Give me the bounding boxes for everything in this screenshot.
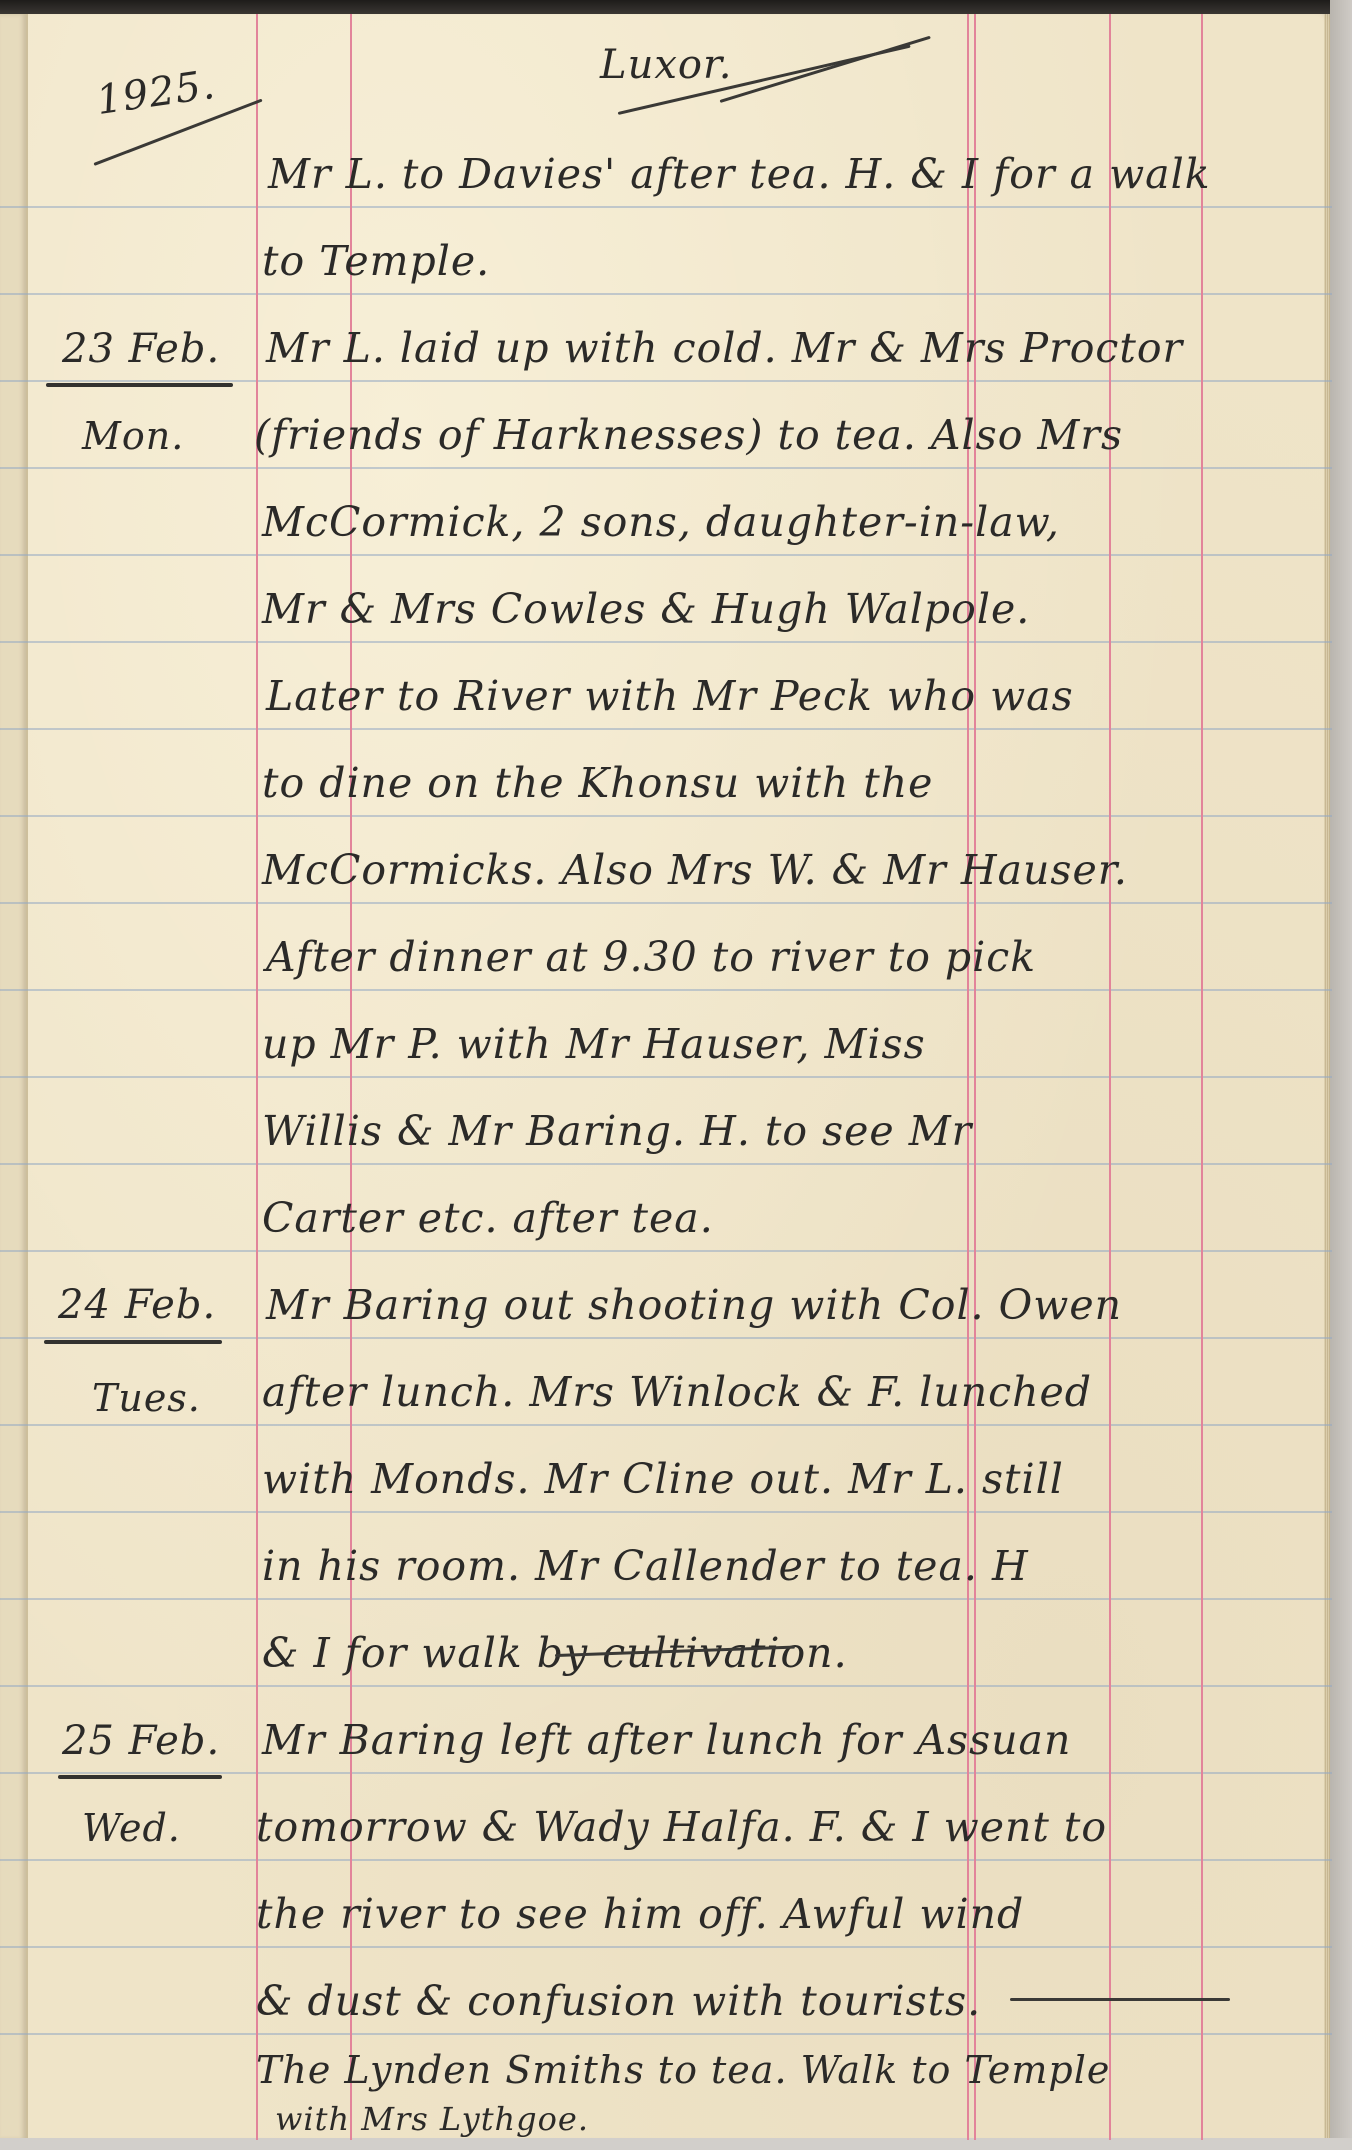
ruled-line (0, 1685, 1332, 1687)
diary-line: to Temple. (262, 237, 490, 285)
diary-line: Mr L. to Davies' after tea. H. & I for a… (268, 150, 1211, 198)
diary-line: & I for walk by cultivation. (262, 1629, 848, 1677)
diary-line: After dinner at 9.30 to river to pick (266, 933, 1036, 981)
ruled-line (0, 1250, 1332, 1252)
diary-line: the river to see him off. Awful wind (256, 1890, 1024, 1938)
entry-weekday: Wed. (82, 1806, 181, 1850)
diary-line: tomorrow & Wady Halfa. F. & I went to (256, 1803, 1107, 1851)
diary-line: after lunch. Mrs Winlock & F. lunched (262, 1368, 1092, 1416)
diary-line: Mr Baring left after lunch for Assuan (262, 1716, 1071, 1764)
date-underline (44, 1340, 222, 1344)
diary-line: (friends of Harknesses) to tea. Also Mrs (254, 411, 1123, 459)
entry-date: 24 Feb. (58, 1282, 216, 1328)
scanner-background-right (1330, 0, 1352, 2150)
diary-line: Mr Baring out shooting with Col. Owen (266, 1281, 1122, 1329)
ruled-line (0, 1337, 1332, 1339)
entry-date: 25 Feb. (62, 1718, 220, 1764)
diary-line: & dust & confusion with tourists. (256, 1977, 981, 2025)
diary-line: in his room. Mr Callender to tea. H (262, 1542, 1029, 1590)
ruled-line (0, 1859, 1332, 1861)
ruled-line (0, 1772, 1332, 1774)
diary-line: Mr L. laid up with cold. Mr & Mrs Procto… (266, 324, 1183, 372)
diary-line: Mr & Mrs Cowles & Hugh Walpole. (262, 585, 1030, 633)
diary-line: Willis & Mr Baring. H. to see Mr (262, 1107, 972, 1155)
ruled-line (0, 206, 1332, 208)
diary-line: The Lynden Smiths to tea. Walk to Temple (256, 2048, 1110, 2092)
diary-line: with Monds. Mr Cline out. Mr L. still (262, 1455, 1064, 1503)
ruled-line (0, 293, 1332, 295)
entry-weekday: Mon. (82, 414, 184, 458)
diary-line: McCormick, 2 sons, daughter-in-law, (262, 498, 1060, 546)
scanner-top-border (0, 0, 1352, 14)
ruled-line (0, 1511, 1332, 1513)
ruled-line (0, 467, 1332, 469)
ruled-line (0, 728, 1332, 730)
diary-line: Carter etc. after tea. (262, 1194, 714, 1242)
ruled-line (0, 1163, 1332, 1165)
ruled-line (0, 1946, 1332, 1948)
diary-line: up Mr P. with Mr Hauser, Miss (262, 1020, 926, 1068)
date-underline (58, 1775, 222, 1779)
ruled-line (0, 1076, 1332, 1078)
column-rule (1201, 14, 1203, 2140)
ruled-line (0, 902, 1332, 904)
diary-line: to dine on the Khonsu with the (262, 759, 933, 807)
ink-stroke (1010, 1998, 1230, 2001)
ruled-line (0, 989, 1332, 991)
ruled-line (0, 815, 1332, 817)
date-underline (46, 383, 233, 387)
scanner-background-bottom (0, 2138, 1352, 2150)
diary-footnote: with Mrs Lythgoe. (275, 2100, 589, 2138)
ruled-line (0, 1424, 1332, 1426)
ruled-line (0, 1598, 1332, 1600)
ruled-line (0, 380, 1332, 382)
page-heading: Luxor. (600, 42, 732, 88)
diary-line: McCormicks. Also Mrs W. & Mr Hauser. (262, 846, 1128, 894)
entry-weekday: Tues. (92, 1376, 201, 1420)
entry-date: 23 Feb. (62, 326, 220, 372)
ruled-line (0, 2033, 1332, 2035)
ruled-line (0, 641, 1332, 643)
ruled-line (0, 554, 1332, 556)
diary-line: Later to River with Mr Peck who was (266, 672, 1074, 720)
